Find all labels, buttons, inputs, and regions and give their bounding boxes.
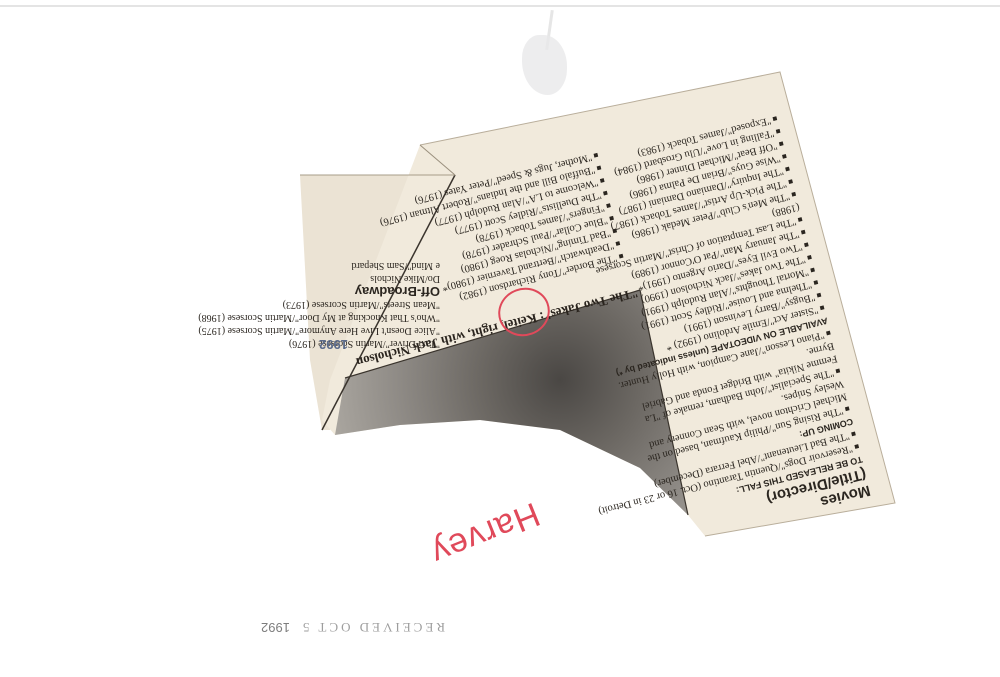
left-fragment-line: "Mean Streets"/Martin Scorsese (1973) (198, 298, 440, 311)
tape-residue-stain (522, 35, 567, 95)
left-fragment-line: e Mind"/Sam Shepard (198, 259, 440, 272)
clipping-date-stamp: 1992 (319, 337, 348, 352)
left-fragment-line: Do/Mike Nichols (198, 272, 440, 285)
left-fragment-line: "Alice Doesn't Live Here Anymore"/Martin… (198, 324, 440, 337)
handwritten-name: Harvey (425, 494, 545, 573)
off-broadway-heading: Off-Broadway (198, 285, 440, 298)
received-stamp-year: 1992 (261, 620, 290, 635)
received-stamp: RECEIVED OCT 5 (300, 619, 445, 635)
scanner-edge-line (0, 5, 1000, 7)
left-fragment-line: "Who's That Knocking at My Door"/Martin … (198, 311, 440, 324)
